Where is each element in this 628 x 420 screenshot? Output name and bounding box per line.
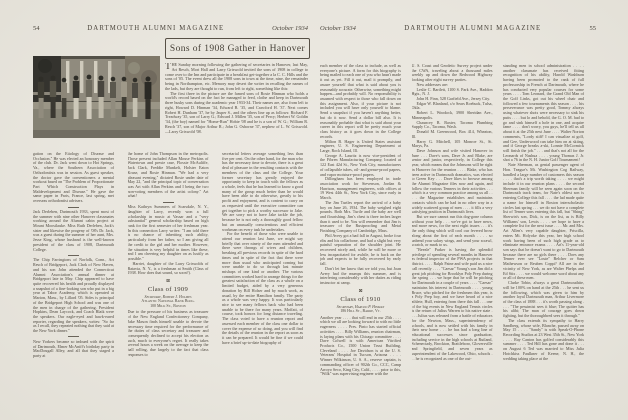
feature-title-box: Sons of 1908 Gather in Hanover xyxy=(165,38,310,59)
item-divider-rule xyxy=(68,207,79,208)
paragraph: secretarial letters average something le… xyxy=(222,152,303,232)
class-heading: Class of 1909 xyxy=(128,286,209,293)
text-column: standing men in school administration . … xyxy=(503,64,584,415)
paragraph: The Chip Farringtons of Norfolk, Conn., … xyxy=(33,258,114,334)
text-column: each member of the class to include, as … xyxy=(320,64,401,415)
paragraph: gation on the Etiology of Disease and Oc… xyxy=(33,152,114,204)
paragraph: the home of John Thompson in the metropo… xyxy=(128,152,209,199)
item-divider-rule xyxy=(68,255,79,256)
issue-date: October 1934 xyxy=(272,25,308,32)
right-page-number: 55 xyxy=(590,25,597,32)
paragraph: George A. Lauritz is now vice-president … xyxy=(320,154,401,178)
feature-paragraph: THE Sunday morning following the gatheri… xyxy=(165,63,308,92)
class-secretary-block: Secretary, Robert J. HolmesAtlantic Nati… xyxy=(128,295,209,309)
paragraph: Milton B. Hager is United States assista… xyxy=(320,140,401,154)
text-column: U. S. Coast and Geodetic Survey project … xyxy=(412,64,493,415)
paragraph: Due to the pressure of his business as t… xyxy=(128,310,209,357)
paragraph: New Yorkers became so imbued with the sp… xyxy=(33,340,114,359)
paragraph: Another year . . . . that will end in ou… xyxy=(320,316,401,377)
paragraph: Harriet, daughter of the Larry Griswolds… xyxy=(128,262,209,276)
text-column: the home of John Thompson in the metropo… xyxy=(128,152,209,415)
paragraph: Don't let her know that we told you, but… xyxy=(320,267,401,286)
right-page-header: October 1934 DARTMOUTH ALUMNI MAGAZINE 5… xyxy=(320,25,596,32)
section-ornament-icon: ⊠ xyxy=(320,289,401,294)
feature-title: Sons of 1908 Gather in Hanover xyxy=(170,44,305,54)
paragraph: Dave Johnson and wife visited Hanover in… xyxy=(412,149,493,215)
magazine-title: DARTMOUTH ALUMNI MAGAZINE xyxy=(87,25,224,32)
left-page-number: 54 xyxy=(33,25,40,32)
item-divider-rule xyxy=(163,202,174,203)
paragraph: But we sure cannot run this dog-gone col… xyxy=(412,215,493,248)
paragraph: Phil Avery got a bad fall in August, bro… xyxy=(320,234,401,267)
feature-paragraph: The first three in the picture are the f… xyxy=(165,92,308,135)
feature-article: THE Sunday morning following the gatheri… xyxy=(165,63,308,152)
right-page-columns: each member of the class to include, as … xyxy=(320,64,584,415)
paragraph: Dillingham has been employed in trade as… xyxy=(320,177,401,201)
paragraph: "Beezle" Parker is having the splendid p… xyxy=(412,248,493,361)
magazine-spread: 54 DARTMOUTH ALUMNI MAGAZINE October 193… xyxy=(0,0,628,420)
paragraph: Jack Derleben, Dartmouth 1933, spent mos… xyxy=(33,210,114,252)
class-photo xyxy=(33,56,160,138)
paragraph: U. S. Coast and Geodetic Survey project … xyxy=(412,64,493,83)
paragraph: standing men in school administration . … xyxy=(503,64,584,163)
paragraph: The Jim Turtles report the arrival of a … xyxy=(320,201,401,234)
text-column: secretarial letters average something le… xyxy=(222,152,303,415)
paragraph: For the benefit of those who were unable… xyxy=(222,232,303,345)
section-ornament-icon: ⊠ xyxy=(128,279,209,284)
paragraph: Clarke Tobin, always a great Dartmouthit… xyxy=(503,281,584,319)
class-secretary-line: 186 Hill St., Barre, Vt. xyxy=(320,309,401,314)
left-page-columns: gation on the Etiology of Disease and Oc… xyxy=(33,152,303,415)
issue-date: October 1934 xyxy=(320,25,356,32)
text-column: gation on the Etiology of Disease and Oc… xyxy=(33,152,114,415)
paragraph: Miss Kathryn Summers of Scarsdale, N. Y.… xyxy=(128,205,209,262)
magazine-title: DARTMOUTH ALUMNI MAGAZINE xyxy=(404,25,541,32)
class-secretary-block: Secretary, Harold P. Hinman186 Hill St.,… xyxy=(320,305,401,314)
paragraph: The class extends its sympathy to Harry … xyxy=(503,319,584,361)
paragraph: each member of the class to include, as … xyxy=(320,64,401,140)
class-heading: Class of 1910 xyxy=(320,296,401,303)
left-page-header: 54 DARTMOUTH ALUMNI MAGAZINE October 193… xyxy=(33,25,308,32)
class-secretary-line: 100 Milk St., Boston xyxy=(128,304,209,309)
paragraph: Nate Sherman, as genial passenger agent … xyxy=(503,163,584,281)
item-divider-rule xyxy=(68,336,79,337)
